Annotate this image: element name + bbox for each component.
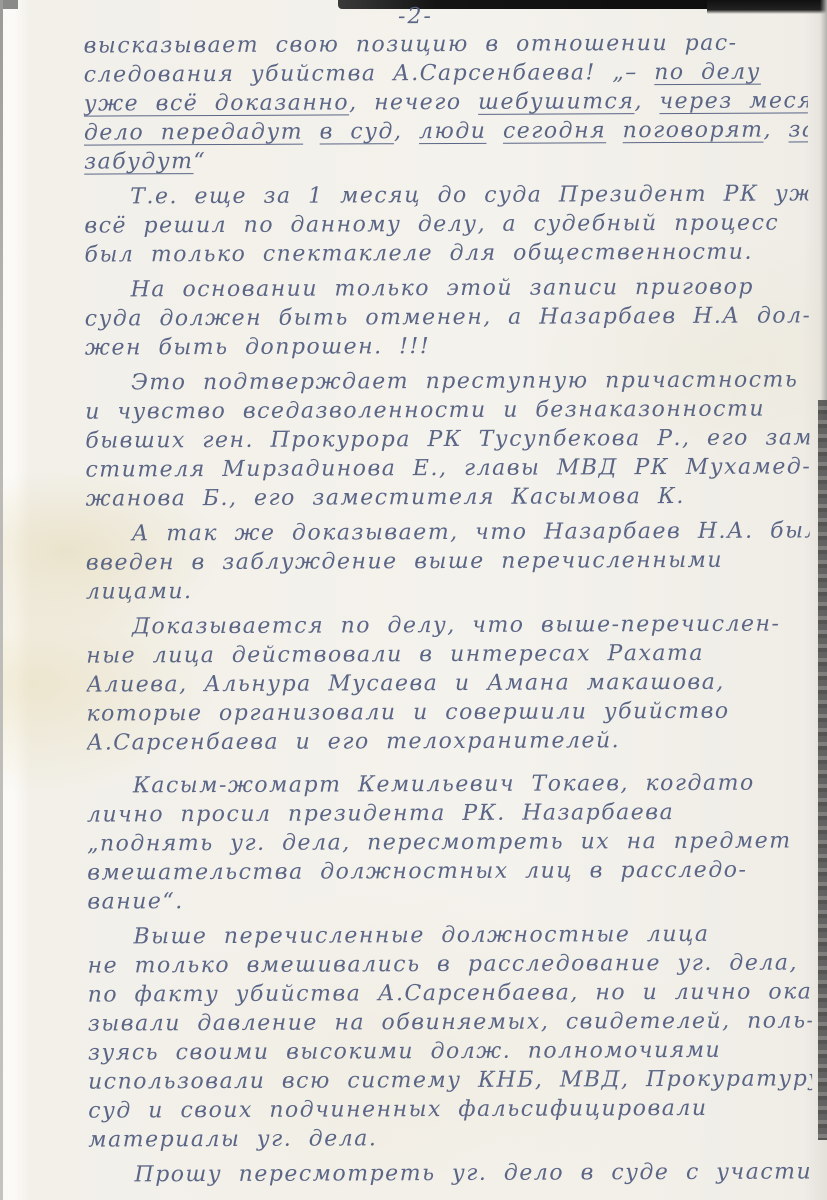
underlined-text: сегодня <box>503 118 606 143</box>
text-segment: , <box>763 118 788 143</box>
text-line: уже всё доказанно, нечего шебушится, чер… <box>84 86 808 118</box>
underlined-text: дело передадут <box>84 120 303 146</box>
text-segment: по факту убийства А.Сарсенбаева, но и ли… <box>88 979 812 1007</box>
paragraph: Т.е. еще за 1 месяц до суда Президент РК… <box>84 179 808 269</box>
text-segment: которые организовали и совершили убийств… <box>86 699 729 727</box>
underlined-text: завтра <box>788 117 808 142</box>
text-segment: Алиева, Альнура Мусаева и Амана макашова… <box>86 670 725 698</box>
text-segment: лично просил президента РК. Назарбаева <box>87 800 674 828</box>
text-segment: , нечего <box>349 90 478 116</box>
text-segment: вание“. <box>87 889 183 914</box>
text-segment: жен быть допрошен. !!! <box>85 334 430 361</box>
text-line: зывали давление на обвиняемых, свидетеле… <box>88 1006 812 1038</box>
text-line: бывших ген. Прокурора РК Тусупбекова Р.,… <box>85 423 809 455</box>
handwritten-content: -2- высказывает свою позицию в отношении… <box>83 2 812 1195</box>
text-line: забудут“ <box>84 144 808 176</box>
text-line: жанова Б., его заместителя Касымова К. <box>85 481 809 513</box>
text-segment: , <box>634 89 659 114</box>
text-segment: высказывает свою позицию в отношении рас… <box>84 31 738 59</box>
scanned-page-photo: { "document": { "kind": "handwritten-let… <box>0 0 827 1200</box>
text-segment: зывали давление на обвиняемых, свидетеле… <box>88 1008 812 1036</box>
document-body: высказывает свою позицию в отношении рас… <box>84 28 813 1189</box>
text-segment: суд и своих подчиненных фальсифицировали <box>88 1096 707 1124</box>
text-line: следования убийства А.Сарсенбаева! „– по… <box>84 57 808 89</box>
text-segment: был только спектаклеле для общественност… <box>84 240 753 268</box>
text-segment: и чувство вседазволенности и безнаказонн… <box>85 397 765 425</box>
text-segment: зуясь своими высокими долж. полномочиями <box>88 1038 721 1066</box>
text-segment: Т.е. еще за 1 месяц до суда Президент РК… <box>130 181 808 209</box>
underlined-text: поговорят <box>623 118 764 144</box>
text-line: высказывает свою позицию в отношении рас… <box>84 28 808 60</box>
paragraph: На основании только этой записи приговор… <box>85 272 809 362</box>
scan-edge-left <box>0 0 3 1200</box>
text-line: суда должен быть отменен, а Назарбаев Н.… <box>85 301 809 333</box>
text-line: вание“. <box>87 884 811 916</box>
text-segment: не только вмешивались в расследование уг… <box>88 950 798 978</box>
text-segment: “ <box>193 149 206 174</box>
paragraph: А так же доказывает, что Назарбаев Н.А. … <box>86 516 810 606</box>
text-line: дело передадут в суд, люди сегодня погов… <box>84 115 808 147</box>
text-segment: стителя Мирзадинова Е., главы МВД РК Мух… <box>85 454 809 482</box>
text-line: лицами. <box>86 574 810 606</box>
text-line: жен быть допрошен. !!! <box>85 330 809 362</box>
text-segment: Касым-жомарт Кемильевич Токаев, когдато <box>133 771 755 799</box>
text-segment: , <box>394 119 419 144</box>
underlined-text: забудут <box>84 149 193 174</box>
text-segment: использовали всю систему КНБ, МВД, Проку… <box>88 1066 812 1094</box>
scan-edge-right-upper <box>820 0 827 420</box>
text-line: и чувство вседазволенности и безнаказонн… <box>85 394 809 426</box>
text-segment: вмешательства должностных лиц в расследо… <box>87 858 747 886</box>
text-line: не только вмешивались в расследование уг… <box>88 948 812 980</box>
text-line: вмешательства должностных лиц в расследо… <box>87 855 811 887</box>
text-line: которые организовали и совершили убийств… <box>86 696 810 728</box>
text-segment: Выше перечисленные должностные лица <box>133 922 709 950</box>
text-segment <box>606 118 623 143</box>
text-segment: ные лица действовали в интересах Рахата <box>86 641 704 669</box>
text-line: всё решил по данному делу, а судебный пр… <box>84 208 808 240</box>
text-segment: введен в заблуждение выше перечисленными <box>86 548 723 576</box>
underlined-text: в суд <box>320 119 394 144</box>
text-segment: На основании только этой записи приговор <box>131 275 754 303</box>
text-line: Выше перечисленные должностные лица <box>87 919 811 951</box>
underlined-text: через месяц <box>659 88 808 114</box>
paragraph: Доказывается по делу, что выше-перечисле… <box>86 609 811 757</box>
text-line: Т.е. еще за 1 месяц до суда Президент РК… <box>84 179 808 211</box>
text-segment: А так же доказывает, что Назарбаев Н.А. … <box>132 518 810 546</box>
text-line: „поднять уг. дела, пересмотреть их на пр… <box>87 826 811 858</box>
page-number: -2- <box>83 2 807 31</box>
text-line: по факту убийства А.Сарсенбаева, но и ли… <box>88 977 812 1009</box>
text-segment: „поднять уг. дела, пересмотреть их на пр… <box>87 829 792 857</box>
text-line: А.Сарсенбаева и его телохранителей. <box>87 725 811 757</box>
underlined-text: люди <box>419 119 487 144</box>
paragraph: Касым-жомарт Кемильевич Токаев, когдатол… <box>87 768 812 916</box>
text-line: суд и своих подчиненных фальсифицировали <box>88 1093 812 1125</box>
text-segment: всё решил по данному делу, а судебный пр… <box>84 211 779 239</box>
text-line: Доказывается по делу, что выше-перечисле… <box>86 609 810 641</box>
text-segment: А.Сарсенбаева и его телохранителей. <box>87 728 621 755</box>
text-line: На основании только этой записи приговор <box>85 272 809 304</box>
text-line: зуясь своими высокими долж. полномочиями <box>88 1035 812 1067</box>
text-segment: следования убийства А.Сарсенбаева! „– <box>84 60 655 87</box>
paragraph: Выше перечисленные должностные лицане то… <box>87 919 812 1154</box>
text-line: стителя Мирзадинова Е., главы МВД РК Мух… <box>85 452 809 484</box>
text-segment: Прошу пересмотреть уг. дело в суде с уча… <box>134 1159 812 1187</box>
text-segment: жанова Б., его заместителя Касымова К. <box>86 484 685 512</box>
text-line: лично просил президента РК. Назарбаева <box>87 797 811 829</box>
underlined-text: уже всё доказанно <box>84 90 349 116</box>
text-segment: суда должен быть отменен, а Назарбаев Н.… <box>85 303 809 331</box>
paragraph: высказывает свою позицию в отношении рас… <box>84 28 809 176</box>
text-line: использовали всю систему КНБ, МВД, Проку… <box>88 1064 812 1096</box>
underlined-text: шебушится <box>478 89 634 115</box>
underlined-text: по делу <box>654 60 761 85</box>
text-segment: Это подтверждает преступную причастность <box>131 367 798 395</box>
text-segment: бывших ген. Прокурора РК Тусупбекова Р.,… <box>85 425 809 453</box>
text-line: Касым-жомарт Кемильевич Токаев, когдато <box>87 768 811 800</box>
text-line: Алиева, Альнура Мусаева и Амана макашова… <box>86 667 810 699</box>
paragraph: Это подтверждает преступную причастность… <box>85 365 810 513</box>
text-line: введен в заблуждение выше перечисленными <box>86 545 810 577</box>
scan-edge-right-lower <box>818 400 827 1140</box>
paragraph: Прошу пересмотреть уг. дело в суде с уча… <box>88 1157 812 1189</box>
text-line: А так же доказывает, что Назарбаев Н.А. … <box>86 516 810 548</box>
text-segment: материалы уг. дела. <box>88 1126 377 1152</box>
text-segment: лицами. <box>86 579 193 604</box>
text-segment <box>303 120 320 145</box>
text-line: был только спектаклеле для общественност… <box>84 237 808 269</box>
text-segment: Доказывается по делу, что выше-перечисле… <box>132 612 780 640</box>
text-line: Это подтверждает преступную причастность <box>85 365 809 397</box>
text-line: Прошу пересмотреть уг. дело в суде с уча… <box>88 1157 812 1189</box>
text-line: ные лица действовали в интересах Рахата <box>86 638 810 670</box>
text-segment <box>486 119 503 144</box>
text-line: материалы уг. дела. <box>88 1122 812 1154</box>
